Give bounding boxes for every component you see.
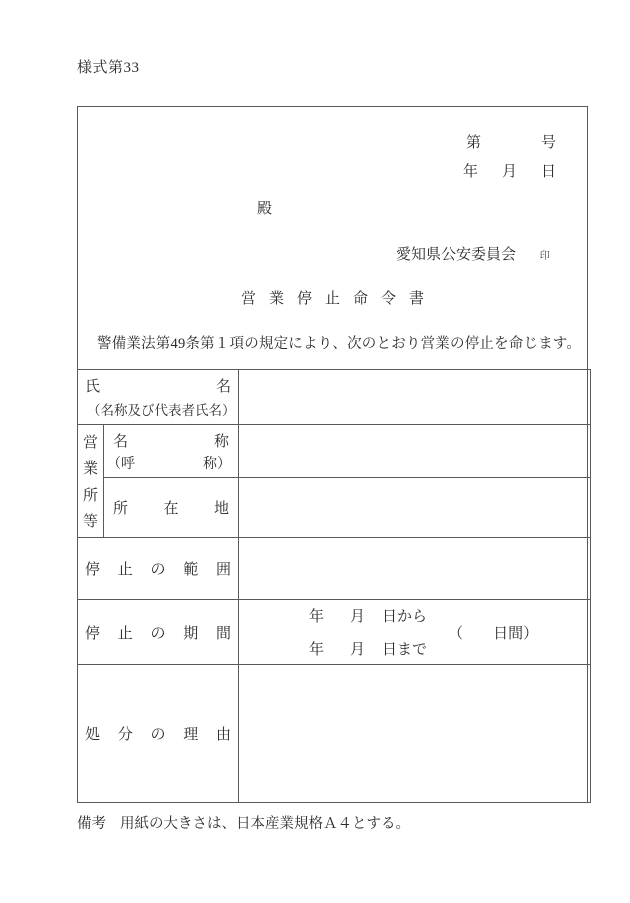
document-page: 様式第33 第 号 年 月 日 殿 愛知県公安委員会 印 営業停止命令書 警備業… xyxy=(0,0,630,903)
scope-value-cell xyxy=(239,538,591,600)
office-name-paren-token: 称） xyxy=(203,453,231,473)
period-to-month: 月 xyxy=(350,638,365,659)
issuer-line: 愛知県公安委員会 印 xyxy=(396,243,550,264)
period-value-cell: 年 月 日から 年 月 日まで xyxy=(239,600,591,665)
office-name-paren-label: （呼 称） xyxy=(104,453,238,473)
period-paren-open: （ xyxy=(448,622,463,643)
name-paren-label: （名称及び代表者氏名） xyxy=(78,399,238,419)
remarks-label: 備考 xyxy=(77,812,106,833)
office-name-char: 称 xyxy=(214,430,229,451)
row-office-address: 所 在 地 xyxy=(78,478,591,538)
document-title: 営業停止命令書 xyxy=(78,287,587,308)
scope-char: 範 xyxy=(183,558,198,579)
date-year: 年 xyxy=(463,160,478,181)
office-address-char: 地 xyxy=(214,497,229,518)
reason-label: 処 分 の 理 由 xyxy=(78,723,238,744)
reason-char: 処 xyxy=(85,723,100,744)
name-label-cell: 氏 名 （名称及び代表者氏名） xyxy=(78,370,239,425)
period-char: の xyxy=(150,622,165,643)
document-date-line: 年 月 日 xyxy=(463,160,556,181)
period-from-line: 年 月 日から xyxy=(309,605,427,626)
office-address-value-cell xyxy=(239,478,591,538)
number-prefix: 第 xyxy=(466,131,481,152)
office-group-char: 等 xyxy=(83,510,98,531)
name-label: 氏 名 xyxy=(78,375,238,396)
reason-char: 理 xyxy=(183,723,198,744)
period-days-label: 日間） xyxy=(493,622,538,643)
form-number-label: 様式第33 xyxy=(77,56,140,77)
period-to-year: 年 xyxy=(309,638,324,659)
scope-char: の xyxy=(150,558,165,579)
period-to-line: 年 月 日まで xyxy=(309,638,427,659)
office-address-label: 所 在 地 xyxy=(104,497,238,518)
date-day: 日 xyxy=(541,160,556,181)
office-name-label-cell: 名 称 （呼 称） xyxy=(104,425,239,478)
scope-label: 停 止 の 範 囲 xyxy=(78,558,238,579)
row-name: 氏 名 （名称及び代表者氏名） xyxy=(78,370,591,425)
remarks-line: 備考 用紙の大きさは、日本産業規格Ａ４とする。 xyxy=(77,812,410,833)
office-address-label-cell: 所 在 地 xyxy=(104,478,239,538)
row-disposition-reason: 処 分 の 理 由 xyxy=(78,665,591,803)
period-from-year: 年 xyxy=(309,605,324,626)
scope-label-cell: 停 止 の 範 囲 xyxy=(78,538,239,600)
office-group-char: 所 xyxy=(83,484,98,505)
seal-mark: 印 xyxy=(540,251,550,262)
period-char: 止 xyxy=(118,622,133,643)
office-address-char: 在 xyxy=(163,497,178,518)
document-frame: 第 号 年 月 日 殿 愛知県公安委員会 印 営業停止命令書 警備業法第49条第… xyxy=(77,106,588,803)
reason-char: 分 xyxy=(118,723,133,744)
row-suspension-period: 停 止 の 期 間 年 月 xyxy=(78,600,591,665)
period-value-layout: 年 月 日から 年 月 日まで xyxy=(239,605,590,659)
number-suffix: 号 xyxy=(541,131,556,152)
office-group-char: 業 xyxy=(83,457,98,478)
office-name-char: 名 xyxy=(113,430,128,451)
period-to-day: 日まで xyxy=(382,638,427,659)
issuer-name: 愛知県公安委員会 xyxy=(396,247,516,263)
office-group-char: 営 xyxy=(83,431,98,452)
form-table: 氏 名 （名称及び代表者氏名） 営 業 所 等 xyxy=(77,369,591,803)
office-address-char: 所 xyxy=(113,497,128,518)
reason-char: の xyxy=(150,723,165,744)
period-char: 間 xyxy=(216,622,231,643)
period-label-cell: 停 止 の 期 間 xyxy=(78,600,239,665)
addressee-honorific: 殿 xyxy=(257,197,272,218)
period-char: 期 xyxy=(183,622,198,643)
document-number-line: 第 号 xyxy=(466,131,556,152)
period-days-count: （ 日間） xyxy=(448,622,538,643)
date-month: 月 xyxy=(502,160,517,181)
period-from-month: 月 xyxy=(350,605,365,626)
office-name-label: 名 称 xyxy=(104,430,238,451)
name-value-cell xyxy=(239,370,591,425)
name-label-char: 名 xyxy=(216,375,231,396)
scope-char: 停 xyxy=(85,558,100,579)
remarks-text: 用紙の大きさは、日本産業規格Ａ４とする。 xyxy=(120,812,410,833)
scope-char: 止 xyxy=(118,558,133,579)
period-date-lines: 年 月 日から 年 月 日まで xyxy=(309,605,427,659)
period-label: 停 止 の 期 間 xyxy=(78,622,238,643)
row-suspension-scope: 停 止 の 範 囲 xyxy=(78,538,591,600)
period-from-day: 日から xyxy=(382,605,427,626)
office-name-paren-token: （呼 xyxy=(107,453,135,473)
name-label-char: 氏 xyxy=(85,375,100,396)
reason-value-cell xyxy=(239,665,591,803)
office-group-cell: 営 業 所 等 xyxy=(78,425,104,538)
reason-label-cell: 処 分 の 理 由 xyxy=(78,665,239,803)
document-body-text: 警備業法第49条第１項の規定により、次のとおり営業の停止を命じます。 xyxy=(97,332,581,353)
office-name-value-cell xyxy=(239,425,591,478)
reason-char: 由 xyxy=(216,723,231,744)
row-office-name: 営 業 所 等 名 称 （呼 称） xyxy=(78,425,591,478)
period-char: 停 xyxy=(85,622,100,643)
office-group-label: 営 業 所 等 xyxy=(78,426,103,536)
scope-char: 囲 xyxy=(216,558,231,579)
